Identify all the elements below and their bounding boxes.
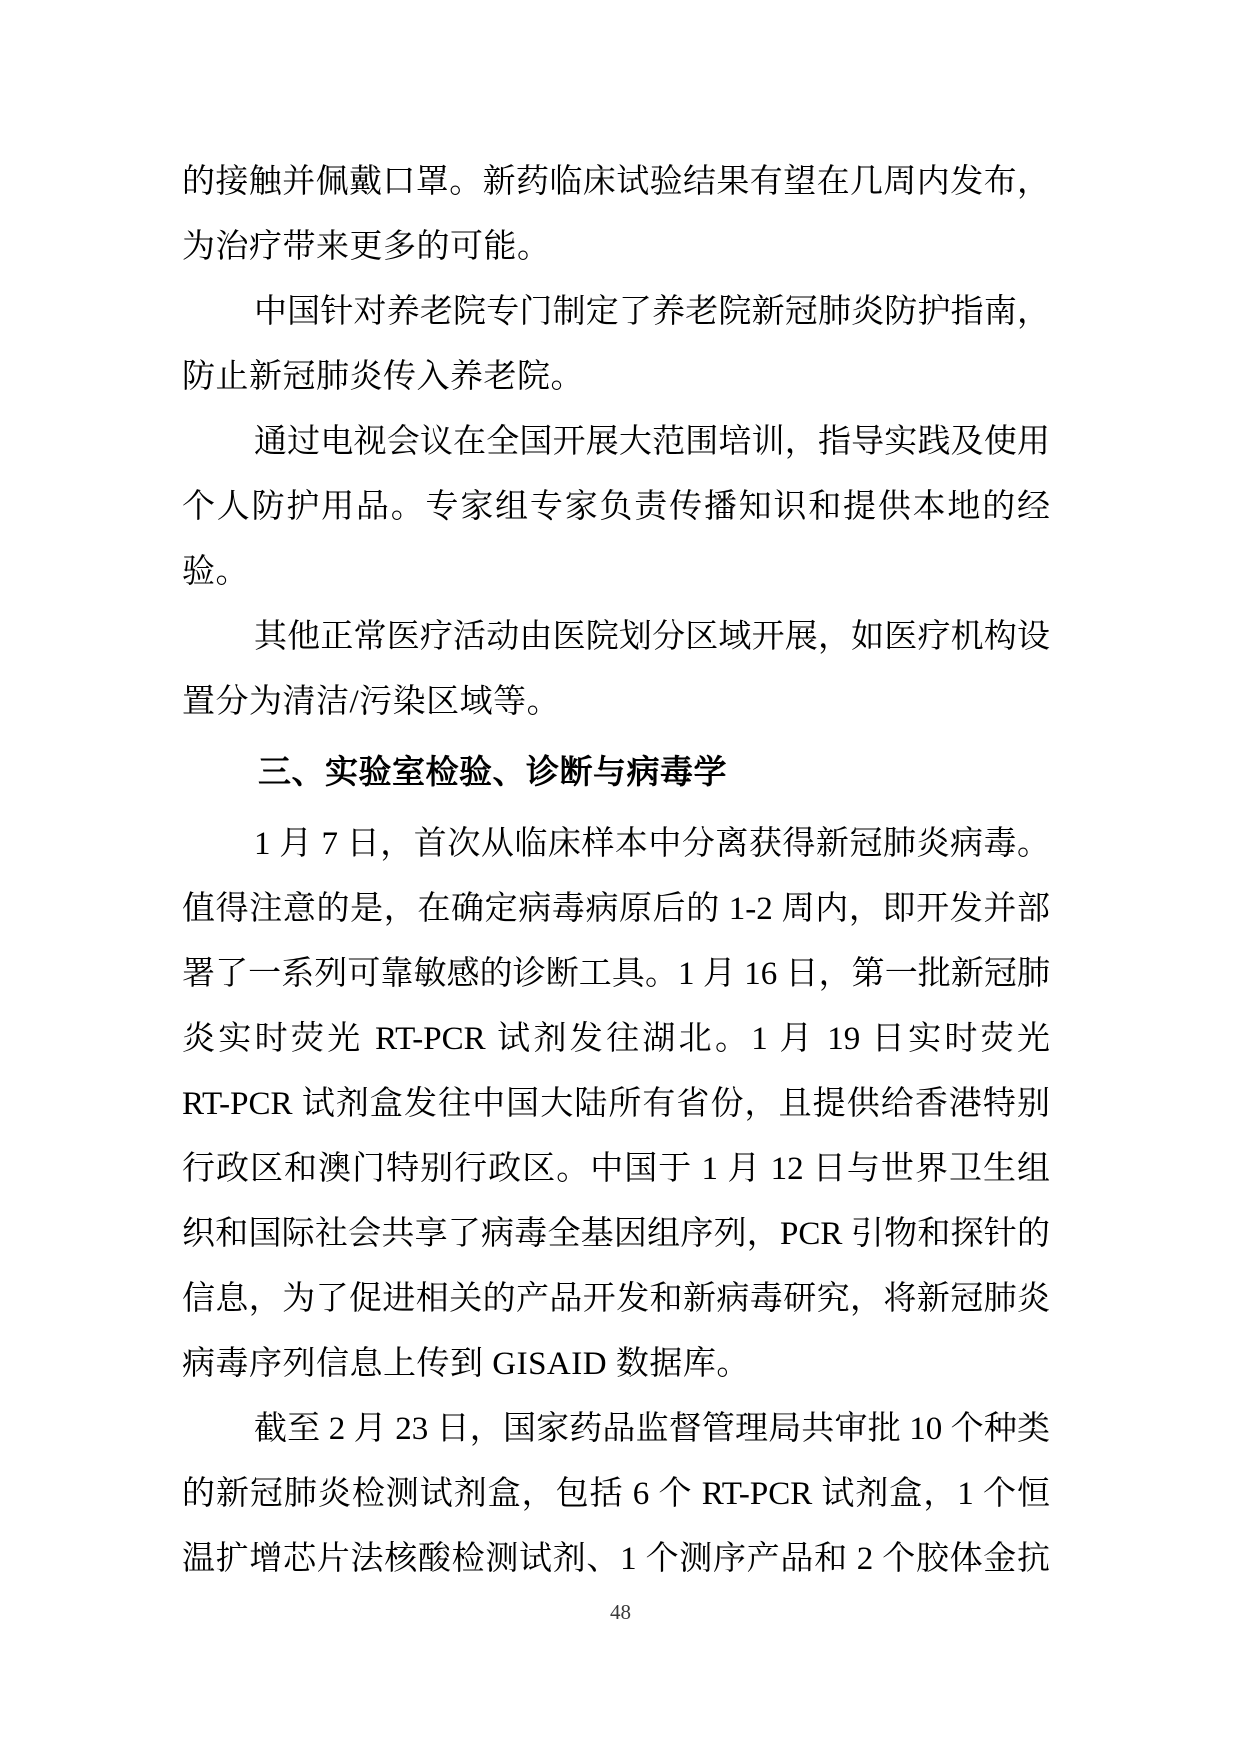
body-line: 炎实时荧光 RT-PCR 试剂发往湖北。1 月 19 日实时荧光 [182, 1007, 1050, 1072]
body-line: 其他正常医疗活动由医院划分区域开展，如医疗机构设 [182, 605, 1050, 670]
body-line: 织和国际社会共享了病毒全基因组序列，PCR 引物和探针的 [182, 1202, 1050, 1267]
body-line: 的接触并佩戴口罩。新药临床试验结果有望在几周内发布， [182, 150, 1050, 215]
section-heading: 三、实验室检验、诊断与病毒学 [182, 739, 1050, 804]
body-line: 为治疗带来更多的可能。 [182, 215, 1050, 280]
body-line: 行政区和澳门特别行政区。中国于 1 月 12 日与世界卫生组 [182, 1137, 1050, 1202]
document-page: 的接触并佩戴口罩。新药临床试验结果有望在几周内发布， 为治疗带来更多的可能。 中… [0, 0, 1241, 1754]
body-line: 置分为清洁/污染区域等。 [182, 670, 1050, 735]
body-line: RT-PCR 试剂盒发往中国大陆所有省份，且提供给香港特别 [182, 1072, 1050, 1137]
page-number: 48 [0, 1598, 1241, 1626]
body-line: 信息，为了促进相关的产品开发和新病毒研究，将新冠肺炎 [182, 1267, 1050, 1332]
body-line: 值得注意的是，在确定病毒病原后的 1-2 周内，即开发并部 [182, 877, 1050, 942]
body-line: 通过电视会议在全国开展大范围培训，指导实践及使用 [182, 410, 1050, 475]
body-line: 防止新冠肺炎传入养老院。 [182, 345, 1050, 410]
body-line: 的新冠肺炎检测试剂盒，包括 6 个 RT-PCR 试剂盒，1 个恒 [182, 1462, 1050, 1527]
body-line: 验。 [182, 540, 1050, 605]
body-line: 署了一系列可靠敏感的诊断工具。1 月 16 日，第一批新冠肺 [182, 942, 1050, 1007]
body-line: 个人防护用品。专家组专家负责传播知识和提供本地的经 [182, 475, 1050, 540]
body-line: 中国针对养老院专门制定了养老院新冠肺炎防护指南， [182, 280, 1050, 345]
body-line: 温扩增芯片法核酸检测试剂、1 个测序产品和 2 个胶体金抗 [182, 1527, 1050, 1592]
text-block: 的接触并佩戴口罩。新药临床试验结果有望在几周内发布， 为治疗带来更多的可能。 中… [182, 150, 1050, 1592]
body-line: 病毒序列信息上传到 GISAID 数据库。 [182, 1332, 1050, 1397]
body-line: 1 月 7 日，首次从临床样本中分离获得新冠肺炎病毒。 [182, 812, 1050, 877]
body-line: 截至 2 月 23 日，国家药品监督管理局共审批 10 个种类 [182, 1397, 1050, 1462]
